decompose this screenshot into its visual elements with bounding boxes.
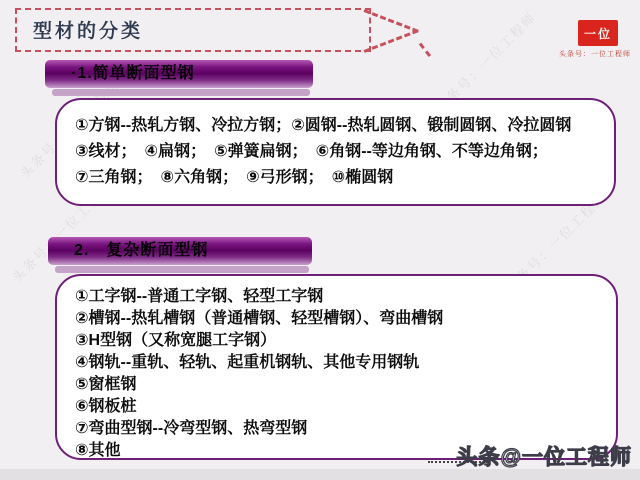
list-item: ③线材； ④扁钢； ⑤弹簧扁钢； ⑥角钢--等边角钢、不等边角钢； [75,139,571,165]
section-2-content-box: ①工字钢--普通工字钢、轻型工字钢 ②槽钢--热轧槽钢（普通槽钢、轻型槽钢）、弯… [55,274,618,460]
section-1-content-box: ①方钢--热轧方钢、冷拉方钢；②圆钢--热轧圆钢、锻制圆钢、冷拉圆钢 ③线材； … [55,98,616,206]
list-item: ②槽钢--热轧槽钢（普通槽钢、轻型槽钢）、弯曲槽钢 [75,308,443,330]
list-item: ⑦三角钢； ⑧六角钢； ⑨弓形钢； ⑩椭圆钢 [75,165,571,191]
page-title: 型材的分类 [33,16,143,43]
bottom-strip [0,469,640,480]
brand-tagline: 头条号：一位工程师 [559,49,631,59]
footer-watermark: 头条@一位工程师 [457,441,632,471]
dashed-arrow-icon [363,9,418,33]
section-1-lines: ①方钢--热轧方钢、冷拉方钢；②圆钢--热轧圆钢、锻制圆钢、冷拉圆钢 ③线材； … [75,113,571,191]
section-2-header: 2. 复杂断面型钢 [48,237,312,265]
dashed-arrow-icon [419,43,431,57]
list-item: ①方钢--热轧方钢、冷拉方钢；②圆钢--热轧圆钢、锻制圆钢、冷拉圆钢 [75,113,571,139]
brand-logo: 一位 [578,20,618,46]
section-2-header-underline [55,266,309,273]
section-2-lines: ①工字钢--普通工字钢、轻型工字钢 ②槽钢--热轧槽钢（普通槽钢、轻型槽钢）、弯… [75,286,443,462]
list-item: ⑥钢板桩 [75,396,443,418]
section-1-header-underline [52,89,310,96]
dashed-arrow-icon [363,29,418,53]
list-item: ④钢轨--重轨、轻轨、起重机钢轨、其他专用钢轨 [75,352,443,374]
list-item: ⑧其他 [75,440,443,462]
list-item: ⑦弯曲型钢--冷弯型钢、热弯型钢 [75,418,443,440]
list-item: ⑤窗框钢 [75,374,443,396]
list-item: ③H型钢（又称宽腿工字钢） [75,330,443,352]
section-1-header: ·1.简单断面型钢 [45,60,313,88]
list-item: ①工字钢--普通工字钢、轻型工字钢 [75,286,443,308]
slide: 头条号：一位工程师 头条号：一位工程师 头条号：一位工程师 头条号：一位工程师 … [0,0,640,480]
